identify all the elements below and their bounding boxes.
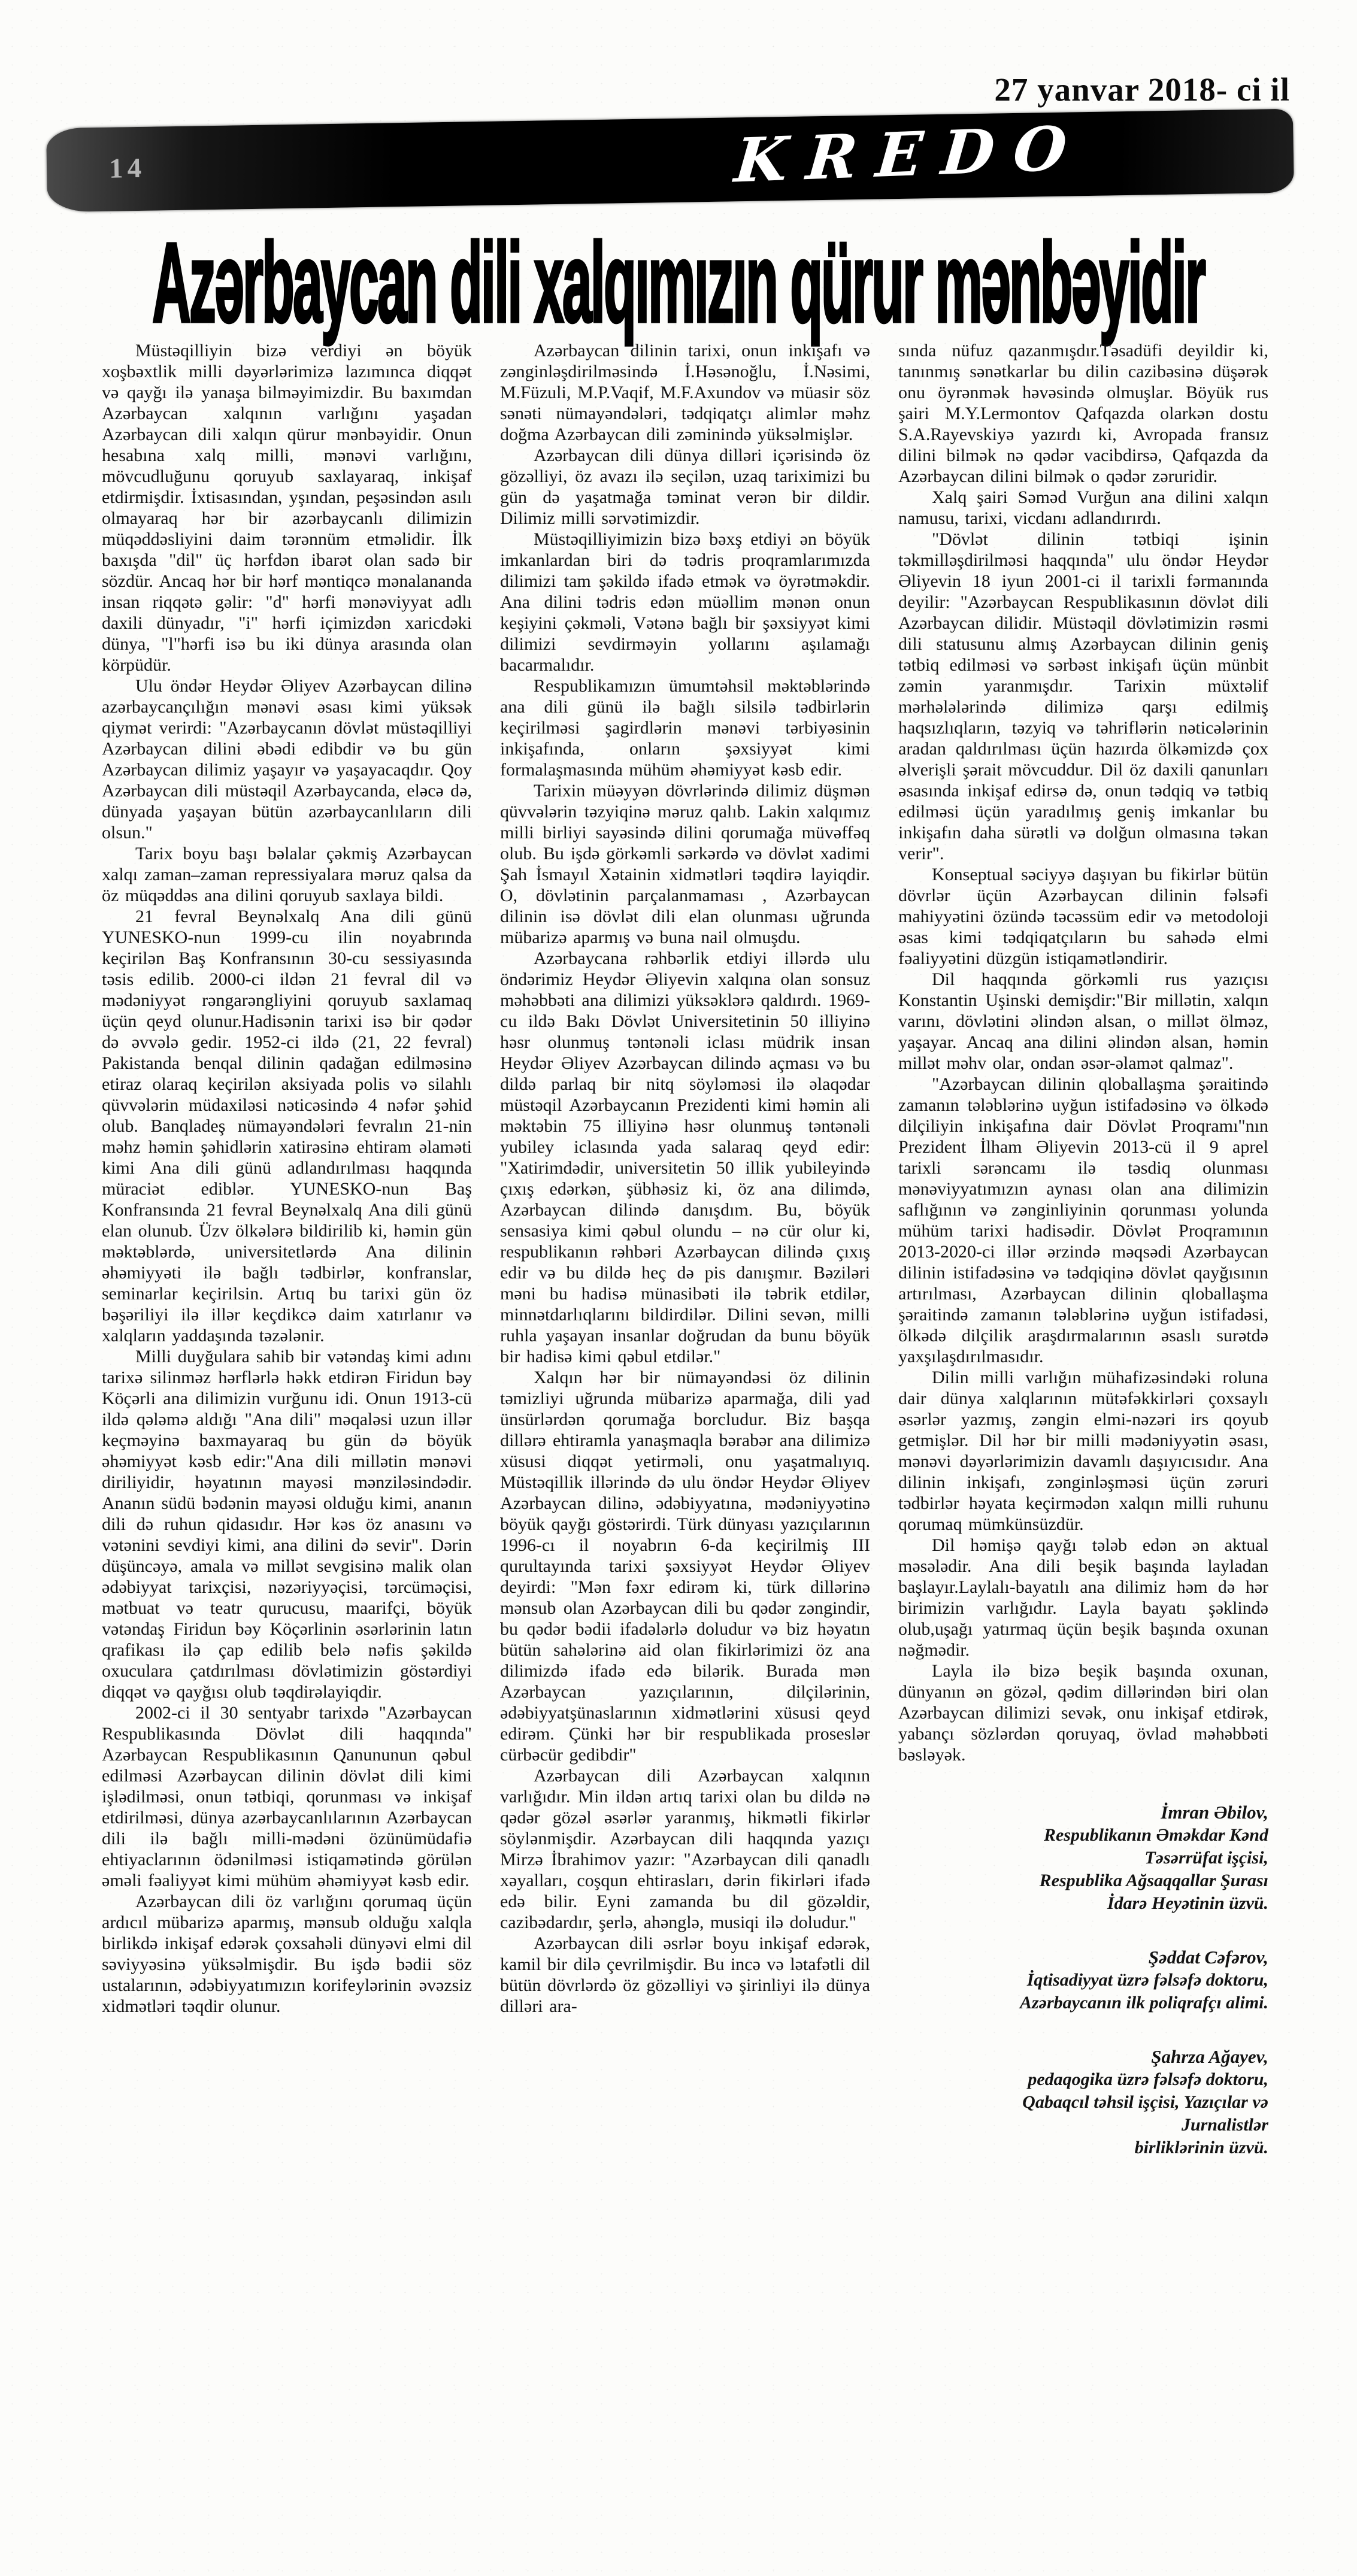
paragraph: Azərbaycan dili əsrlər boyu inkişaf edər… — [500, 1933, 870, 2017]
signatures: İmran Əbilov, Respublikanın Əməkdar Kənd… — [898, 1801, 1268, 2159]
signature-block: İmran Əbilov, Respublikanın Əməkdar Kənd… — [898, 1801, 1268, 1915]
signature-name: Şahrza Ağayev, — [898, 2045, 1268, 2068]
paragraph: Müstəqilliyimizin bizə bəxş etdiyi ən bö… — [500, 529, 870, 675]
paragraph: Tarix boyu başı bəlalar çəkmiş Azərbayca… — [102, 843, 472, 906]
signature-block: Şəddat Cəfərov, İqtisadiyyat üzrə fəlsəf… — [898, 1946, 1268, 2014]
article-column-2: Azərbaycan dilinin tarixi, onun inkişafı… — [500, 340, 870, 2159]
article-column-3: sında nüfuz qazanmışdır.Təsadüfi deyildi… — [898, 340, 1268, 2159]
paragraph: Müstəqilliyin bizə verdiyi ən böyük xoşb… — [102, 340, 472, 675]
paragraph: Dil həmişə qayğı tələb edən ən aktual mə… — [898, 1535, 1268, 1660]
paragraph: Azərbaycan dili Azərbaycan xalqının varl… — [500, 1765, 870, 1933]
paragraph: 2002-ci il 30 sentyabr tarixdə "Azərbayc… — [102, 1702, 472, 1891]
paragraph: Azərbaycana rəhbərlik etdiyi illərdə ulu… — [500, 948, 870, 1367]
paragraph: Dilin milli varlığın mühafizəsindəki rol… — [898, 1367, 1268, 1535]
signature-name: Şəddat Cəfərov, — [898, 1946, 1268, 1969]
masthead-logo: KREDO — [732, 112, 1089, 196]
paragraph: "Dövlət dilinin tətbiqi işinin təkmilləş… — [898, 529, 1268, 864]
paragraph: 21 fevral Beynəlxalq Ana dili günü YUNES… — [102, 906, 472, 1346]
page-number: 14 — [109, 152, 146, 185]
paragraph: "Azərbaycan dilinin qloballaşma şəraitin… — [898, 1074, 1268, 1367]
signature-role: Respublikanın Əməkdar Kənd Təsərrüfat iş… — [898, 1824, 1268, 1915]
signature-role: pedaqogika üzrə fəlsəfə doktoru, Qabaqcı… — [898, 2068, 1268, 2159]
paragraph: Konseptual səciyyə daşıyan bu fikirlər b… — [898, 864, 1268, 969]
masthead-banner: 14 KREDO — [46, 109, 1294, 213]
headline: Azərbaycan dili xalqımızın qürur mənbəyi… — [0, 219, 1357, 292]
paragraph: Xalq şairi Səməd Vurğun ana dilini xalqı… — [898, 487, 1268, 529]
paragraph: Azərbaycan dilinin tarixi, onun inkişafı… — [500, 340, 870, 445]
paragraph: Tarixin müəyyən dövrlərində dilimiz düşm… — [500, 780, 870, 948]
paragraph: Layla ilə bizə beşik başında oxunan, dün… — [898, 1660, 1268, 1765]
issue-date: 27 yanvar 2018- ci il — [994, 71, 1290, 108]
paragraph: Xalqın hər bir nümayəndəsi öz dilinin tə… — [500, 1367, 870, 1765]
paragraph: Azərbaycan dili dünya dilləri içərisində… — [500, 445, 870, 529]
paragraph: Dil haqqında görkəmli rus yazıçısı Konst… — [898, 969, 1268, 1074]
paragraph: Milli duyğulara sahib bir vətəndaş kimi … — [102, 1346, 472, 1702]
article-body: Müstəqilliyin bizə verdiyi ən böyük xoşb… — [102, 340, 1270, 2159]
paragraph: Ulu öndər Heydər Əliyev Azərbaycan dilin… — [102, 675, 472, 843]
signature-role: İqtisadiyyat üzrə fəlsəfə doktoru, Azərb… — [898, 1969, 1268, 2014]
headline-text: Azərbaycan dili xalqımızın qürur mənbəyi… — [152, 219, 1204, 348]
paragraph: Respublikamızın ümumtəhsil məktəblərində… — [500, 675, 870, 780]
article-column-1: Müstəqilliyin bizə verdiyi ən böyük xoşb… — [102, 340, 472, 2159]
paragraph: Azərbaycan dili öz varlığını qorumaq üçü… — [102, 1891, 472, 2017]
signature-block: Şahrza Ağayev, pedaqogika üzrə fəlsəfə d… — [898, 2045, 1268, 2159]
signature-name: İmran Əbilov, — [898, 1801, 1268, 1824]
paragraph: sında nüfuz qazanmışdır.Təsadüfi deyildi… — [898, 340, 1268, 487]
